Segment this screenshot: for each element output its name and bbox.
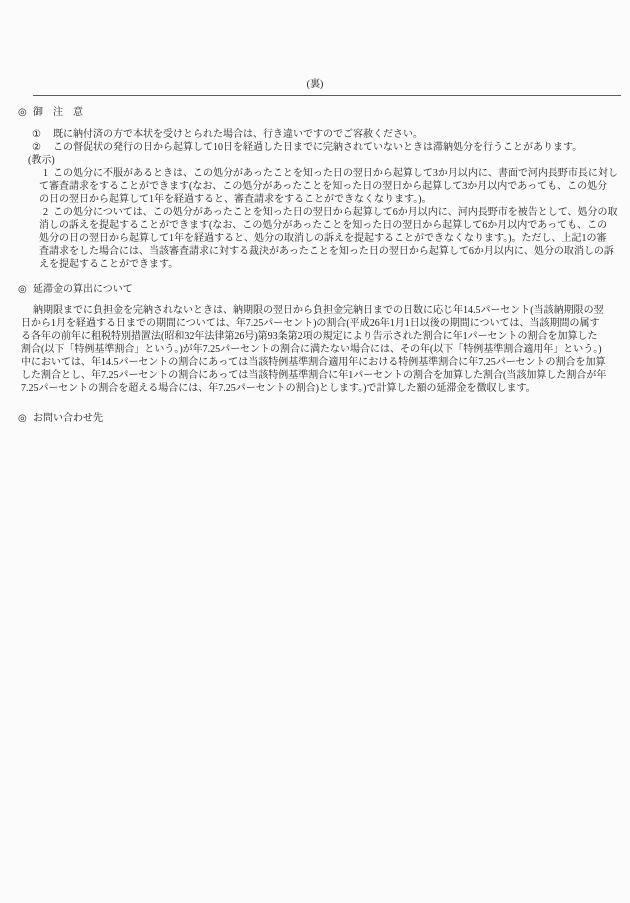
notice-body-lines: ①既に納付済の方で本状を受けとられた場合は、行き違いですのでご容赦ください。②こ… — [0, 128, 630, 271]
text-line: 日から1月を経過する日までの期間については、年7.25パーセント)の割合(平成2… — [0, 317, 630, 330]
line-marker: ① — [32, 128, 53, 141]
latefee-body-lines: 納期限までに負担金を完納されないときは、納期限の翌日から負担金完納日までの日数に… — [0, 304, 630, 395]
text-line: 7.25パーセントの割合を超える場合には、年7.25パーセントの割合)とします。… — [0, 382, 630, 395]
text-line: ①既に納付済の方で本状を受けとられた場合は、行き違いですのでご容赦ください。 — [0, 128, 630, 141]
notice-heading-text: 御 注 意 — [33, 107, 83, 118]
contact-heading-text: お問い合わせ先 — [33, 413, 103, 424]
double-circle-mark: ◎ — [18, 412, 33, 425]
double-circle-mark: ◎ — [18, 283, 33, 296]
double-circle-mark: ◎ — [18, 106, 33, 119]
latefee-heading: ◎延滞金の算出について — [0, 283, 630, 296]
page-side-label: (裏) — [0, 78, 630, 91]
text-line: 消しの訴えを提起することができます(なお、この処分があったことを知った日の翌日か… — [0, 219, 630, 232]
notice-section: ◎御 注 意 ①既に納付済の方で本状を受けとられた場合は、行き違いですのでご容赦… — [0, 106, 630, 271]
header-rule — [33, 95, 621, 96]
latefee-heading-text: 延滞金の算出について — [33, 284, 133, 295]
text-line: ②この督促状の発行の日から起算して10日を経過した日までに完納されていないときは… — [0, 141, 630, 154]
notice-heading: ◎御 注 意 — [0, 106, 630, 119]
line-marker: 1 — [43, 167, 53, 180]
document-page: (裏) ◎御 注 意 ①既に納付済の方で本状を受けとられた場合は、行き違いですの… — [0, 0, 630, 903]
line-marker: ② — [32, 141, 53, 154]
contact-heading: ◎お問い合わせ先 — [0, 412, 630, 425]
text-line: 1この処分に不服があるときは、この処分があったことを知った日の翌日から起算して3… — [0, 167, 630, 180]
latefee-section: ◎延滞金の算出について 納期限までに負担金を完納されないときは、納期限の翌日から… — [0, 283, 630, 395]
text-line: 中においては、年14.5パーセントの割合にあっては当該特例基準割合適用年における… — [0, 356, 630, 369]
text-line: 査請求をした場合には、当該審査請求に対する裁決があったことを知った日の翌日から起… — [0, 245, 630, 258]
text-line: 納期限までに負担金を完納されないときは、納期限の翌日から負担金完納日までの日数に… — [0, 304, 630, 317]
text-line: 処分の日の翌日から起算して1年を経過すると、処分の取消しの訴えを提起することがで… — [0, 232, 630, 245]
text-line: る各年の前年に租税特別措置法(昭和32年法律第26号)第93条第2項の規定により… — [0, 330, 630, 343]
text-line: 割合(以下「特例基準割合」という。)が年7.25パーセントの割合に満たない場合に… — [0, 343, 630, 356]
text-line: 2この処分については、この処分があったことを知った日の翌日から起算して6か月以内… — [0, 206, 630, 219]
text-line: えを提起することができます。 — [0, 258, 630, 271]
text-line: (教示) — [0, 154, 630, 167]
line-marker: 2 — [43, 206, 53, 219]
text-line: した割合とし、年7.25パーセントの割合にあっては当該特例基準割合に年1パーセン… — [0, 369, 630, 382]
text-line: の日の翌日から起算して1年を経過すると、審査請求をすることができなくなります。)… — [0, 193, 630, 206]
contact-section: ◎お問い合わせ先 — [0, 412, 630, 425]
text-line: て審査請求をすることができます(なお、この処分があったことを知った日の翌日から起… — [0, 180, 630, 193]
